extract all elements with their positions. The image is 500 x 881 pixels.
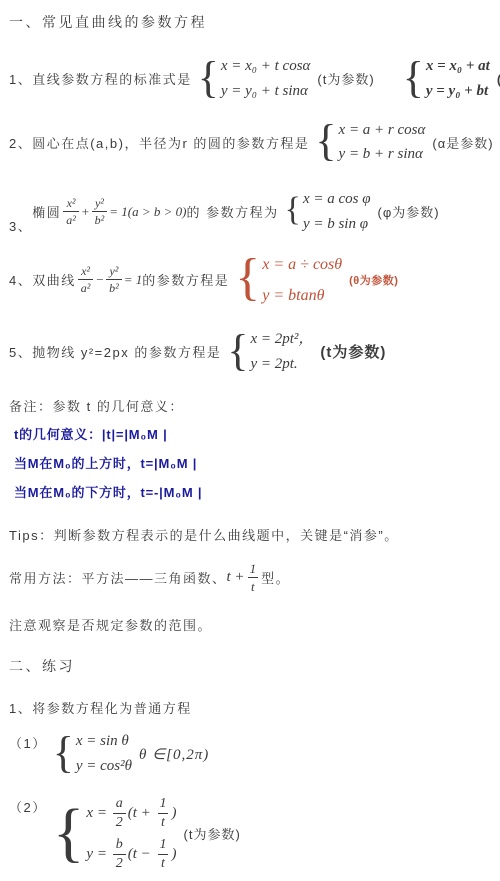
fraction-y2-b2: y² b² <box>106 265 122 294</box>
equation-y: y = y₀ + t sinα <box>221 79 311 104</box>
theta-domain-note: θ ∈[0,2π) <box>139 745 209 764</box>
method-term: t + <box>227 569 245 586</box>
fraction-1-t: 1 t <box>247 562 260 593</box>
eq-y-mid: (t − <box>128 845 155 865</box>
item-3-row: 3、 椭圆 x² a² + y² b² = 1(a > b > 0) 的 参数方… <box>0 187 500 237</box>
tips-row: Tips：判断参数方程表示的是什么曲线题中，关键是“消参”。 <box>0 525 500 544</box>
left-brace-icon: { <box>53 733 74 773</box>
fraction-denominator: t <box>158 854 168 871</box>
parameter-note: (t为参数) <box>320 341 386 362</box>
equation-x: x = a + r cosα <box>339 118 426 143</box>
equation-rows: x = a cos φ y = b sin φ <box>303 187 371 237</box>
section-1-heading: 一、常见直曲线的参数方程 <box>9 12 207 32</box>
item-1-row: 1、直线参数方程的标准式是 { x = x₀ + t cosα y = y₀ +… <box>0 54 500 104</box>
equation-rows: x = x₀ + t cosα y = y₀ + t sinα <box>221 54 311 104</box>
fraction-y2-b2: y² b² <box>92 197 108 226</box>
tips-text: Tips：判断参数方程表示的是什么曲线题中，关键是“消参”。 <box>9 525 399 544</box>
left-brace-icon: { <box>227 331 248 371</box>
item-3-label-post: 的 参数方程为 <box>186 202 278 221</box>
hyperbola-equation-end: = 1 <box>124 272 143 288</box>
minus-operator: − <box>95 272 104 288</box>
equation-rows: x = a 2 (t + 1 t ) y = b <box>86 793 176 875</box>
fraction-denominator: b² <box>106 279 122 294</box>
ellipse-system: { x = a cos φ y = b sin φ (φ为参数) <box>285 187 440 237</box>
fraction-denominator: t <box>248 577 258 593</box>
fraction-numerator: y² <box>92 197 107 211</box>
fraction-x2-a2: x² a² <box>63 197 79 226</box>
fraction-denominator: 2 <box>113 813 126 830</box>
section-2-heading: 二、练习 <box>9 656 75 676</box>
note-text: 注意观察是否规定参数的范围。 <box>9 615 212 634</box>
eq-x-end: ) <box>172 804 177 824</box>
parameter-note: (t为参数) <box>317 69 374 88</box>
left-brace-icon: { <box>235 255 260 302</box>
equation-rows: x = a ÷ cosθ y = btanθ <box>262 249 342 311</box>
method-label: 常用方法：平方法——三角函数、 <box>9 568 227 587</box>
equation-y: y = y₀ + bt <box>426 79 490 104</box>
equation-x: x = a ÷ cosθ <box>262 249 342 280</box>
item-2-label: 2、圆心在点(a,b)，半径为r 的圆的参数方程是 <box>9 133 309 152</box>
fraction-1-t: 1 t <box>157 838 170 871</box>
remark-line-2-row: 当M在M₀的上方时，t=|M₀M | <box>0 453 500 472</box>
equation-rows: x = sin θ y = cos²θ <box>76 729 132 779</box>
remark-line-3-row: 当M在M₀的下方时，t=-|M₀M | <box>0 482 500 501</box>
item-4-number: 4、 <box>9 270 32 289</box>
remark-heading: 备注：参数 t 的几何意义： <box>9 396 184 415</box>
equation-rows: x = x₀ + at y = y₀ + bt <box>426 54 490 104</box>
fraction-numerator: x² <box>78 265 93 279</box>
exercise-2-number: （2） <box>9 793 47 816</box>
equation-x: x = 2pt²， <box>250 327 313 352</box>
section-2-row: 二、练习 <box>0 656 500 676</box>
left-brace-icon: { <box>315 121 336 161</box>
hyperbola-system: { x = a ÷ cosθ y = btanθ (θ为参数) <box>235 249 398 311</box>
exercise-title-row: 1、将参数方程化为普通方程 <box>0 698 500 717</box>
equation-x: x = a cos φ <box>303 187 371 212</box>
exercise-1-row: （1） { x = sin θ y = cos²θ θ ∈[0,2π) <box>0 729 500 779</box>
fraction-numerator: a <box>113 797 126 813</box>
remark-line-3: 当M在M₀的下方时，t=-|M₀M | <box>14 482 202 501</box>
equation-y: y = cos²θ <box>76 754 132 779</box>
section-1-row: 一、常见直曲线的参数方程 <box>0 12 500 32</box>
eq-y-lhs: y = <box>86 845 110 865</box>
fraction-denominator: b² <box>92 211 108 226</box>
remark-line-1-row: t的几何意义：|t|=|M₀M | <box>0 424 500 443</box>
equation-x: x = a 2 (t + 1 t ) <box>86 797 176 830</box>
exercise-title: 1、将参数方程化为普通方程 <box>9 698 192 717</box>
fraction-numerator: x² <box>64 197 79 211</box>
fraction-1-t: 1 t <box>157 797 170 830</box>
parameter-note: (α是参数) <box>432 133 493 152</box>
fraction-a-2: a 2 <box>113 797 126 830</box>
fraction-numerator: 1 <box>157 797 170 813</box>
left-brace-icon: { <box>285 195 301 226</box>
exercise-2-row: （2） { x = a 2 (t + 1 t ) <box>0 793 500 875</box>
exercise-2-system: { x = a 2 (t + 1 t ) y = <box>53 793 241 875</box>
eq-x-lhs: x = <box>86 804 110 824</box>
equation-y: y = b 2 (t − 1 t ) <box>86 838 176 871</box>
equation-y: y = btanθ <box>262 280 342 311</box>
parameter-note: (t为参数) <box>184 824 241 843</box>
method-label-end: 型。 <box>261 568 290 587</box>
eq-y-end: ) <box>172 845 177 865</box>
exercise-1-system: { x = sin θ y = cos²θ θ ∈[0,2π) <box>53 729 210 779</box>
fraction-numerator: 1 <box>157 838 170 854</box>
item-3-number: 3、 <box>9 216 32 237</box>
equation-x: x = x₀ + t cosα <box>221 54 311 79</box>
fraction-denominator: a² <box>78 279 94 294</box>
fraction-numerator: y² <box>106 265 121 279</box>
parameter-note: (φ为参数) <box>378 202 440 221</box>
ellipse-condition: = 1(a > b > 0) <box>109 204 186 220</box>
equation-x: x = sin θ <box>76 729 132 754</box>
plus-operator: + <box>81 204 90 220</box>
remark-heading-row: 备注：参数 t 的几何意义： <box>0 396 500 415</box>
line-general-system: { x = x₀ + at y = y₀ + bt (t为参数) <box>403 54 500 104</box>
exercise-1-number: （1） <box>9 729 47 752</box>
item-1-label: 1、直线参数方程的标准式是 <box>9 69 192 88</box>
equation-y: y = b sin φ <box>303 212 371 237</box>
left-brace-icon: { <box>198 58 219 98</box>
fraction-denominator: 2 <box>113 854 126 871</box>
math-notes-page: 一、常见直曲线的参数方程 1、直线参数方程的标准式是 { x = x₀ + t … <box>0 0 500 881</box>
left-brace-icon: { <box>53 803 85 862</box>
fraction-numerator: 1 <box>247 562 260 577</box>
eq-x-mid: (t + <box>128 804 155 824</box>
item-3-label-pre: 椭圆 <box>32 202 61 221</box>
equation-rows: x = 2pt²， y = 2pt. <box>250 327 313 377</box>
line-standard-system: { x = x₀ + t cosα y = y₀ + t sinα (t为参数) <box>198 54 375 104</box>
item-4-label-pre: 双曲线 <box>32 270 76 289</box>
remark-line-1: t的几何意义：|t|=|M₀M | <box>14 424 168 443</box>
circle-system: { x = a + r cosα y = b + r sinα (α是参数) <box>315 118 493 168</box>
parabola-system: { x = 2pt²， y = 2pt. (t为参数) <box>227 327 386 377</box>
fraction-numerator: b <box>113 838 126 854</box>
equation-y: y = 2pt. <box>250 352 313 377</box>
fraction-x2-a2: x² a² <box>78 265 94 294</box>
item-2-row: 2、圆心在点(a,b)，半径为r 的圆的参数方程是 { x = a + r co… <box>0 118 500 168</box>
remark-line-2: 当M在M₀的上方时，t=|M₀M | <box>14 453 197 472</box>
left-brace-icon: { <box>403 58 424 98</box>
parameter-note: (θ为参数) <box>349 272 398 288</box>
equation-x: x = x₀ + at <box>426 54 490 79</box>
fraction-b-2: b 2 <box>113 838 126 871</box>
equation-rows: x = a + r cosα y = b + r sinα <box>339 118 426 168</box>
note-row: 注意观察是否规定参数的范围。 <box>0 615 500 634</box>
fraction-denominator: a² <box>63 211 79 226</box>
item-5-row: 5、抛物线 y²=2px 的参数方程是 { x = 2pt²， y = 2pt.… <box>0 327 500 377</box>
item-4-label-post: 的参数方程是 <box>142 270 229 289</box>
item-5-label: 5、抛物线 y²=2px 的参数方程是 <box>9 342 221 361</box>
fraction-denominator: t <box>158 813 168 830</box>
method-row: 常用方法：平方法——三角函数、 t + 1 t 型。 <box>0 562 500 593</box>
equation-y: y = b + r sinα <box>339 142 426 167</box>
item-4-row: 4、 双曲线 x² a² − y² b² = 1 的参数方程是 { x = a … <box>0 249 500 311</box>
